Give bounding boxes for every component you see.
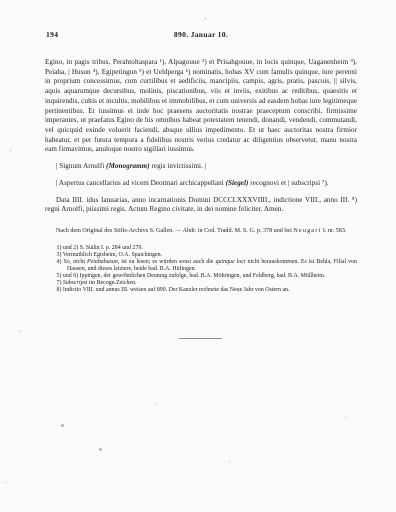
dating-clause: Data IIII. idus Ianuarias, anno incarnat… [45,196,357,215]
footnote-4: 4) So, nicht Peiahahusun, ist zu lesen; … [45,259,357,273]
running-head-date: 890. Januar 10. [45,30,357,39]
chancellor-recognition-line: | Aspertus cancellarius ad vicem Deotmar… [45,179,357,189]
footnote-3: 3) Vermuthlich Egisheim, O.A. Spaichinge… [45,252,357,259]
scan-speckle-noise [0,0,1,1]
text-block: 194 890. Januar 10. Egino, in pagis trib… [45,30,357,294]
source-note: Nach dem Original des Stifts-Archivs S. … [45,227,357,236]
section-divider-rule [179,338,222,339]
footnote-8: 8) Indictio VIII. und annus III. weisen … [45,287,357,294]
footnotes-section: 1) und 2) S. Stälin I. p. 284 und 279. 3… [45,245,357,295]
signum-line: | Signum Arnulfi (Monogramm) regis invic… [45,162,357,172]
charter-main-paragraph: Egino, in pagis tribus, Perahtoltaspara … [45,58,357,155]
page-number: 194 [46,30,58,39]
footnote-1-2: 1) und 2) S. Stälin I. p. 284 und 279. [45,245,357,252]
scanned-book-page: 194 890. Januar 10. Egino, in pagis trib… [0,0,396,512]
page-header: 194 890. Januar 10. [45,30,357,41]
